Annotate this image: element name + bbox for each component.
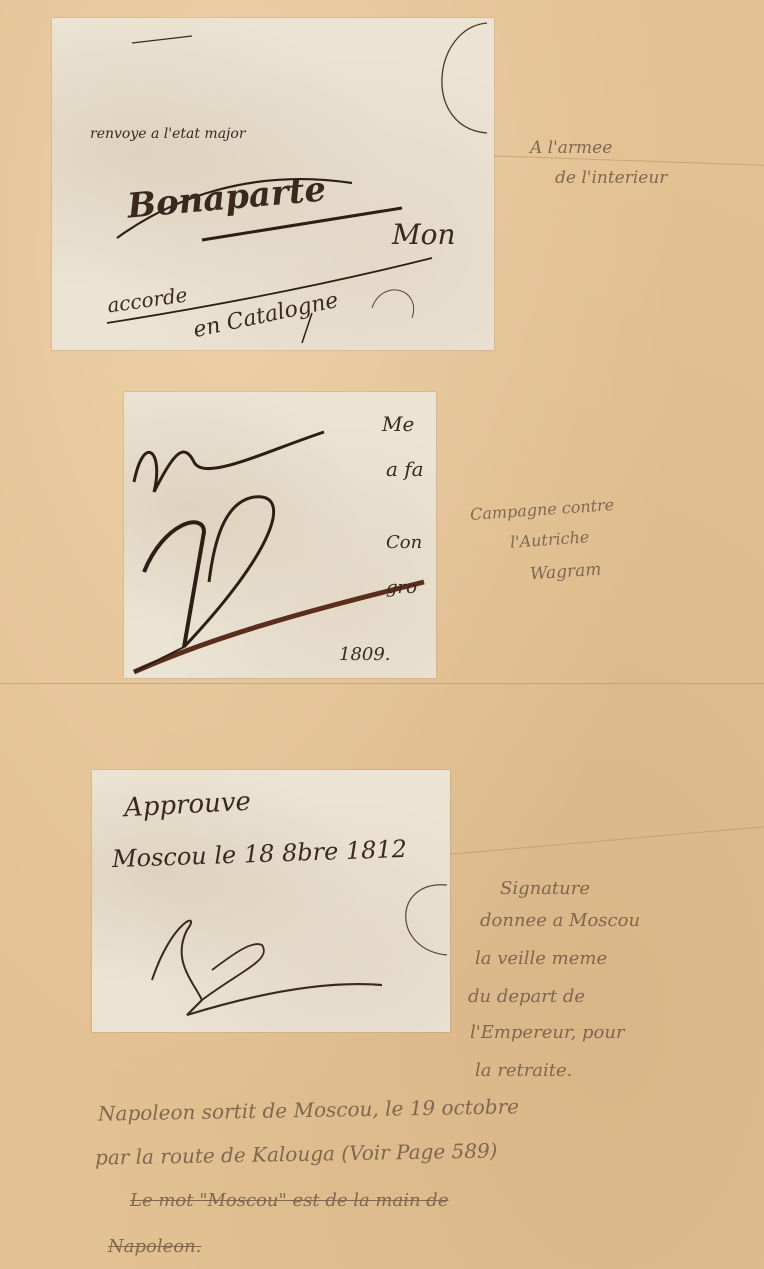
- annotation-line: A l'armee: [530, 138, 612, 158]
- footer-note-line: Napoleon sortit de Moscou, le 19 octobre: [98, 1094, 519, 1125]
- signature-fragment-3: Approuve Moscou le 18 8bre 1812 Np: [92, 770, 450, 1032]
- annotation-line: Wagram: [529, 560, 602, 585]
- fragment-margin-text: Me: [382, 412, 414, 436]
- annotation-line: la retraite.: [475, 1060, 572, 1081]
- fragment-margin-text: gro: [386, 577, 417, 598]
- annotation-line: donnee a Moscou: [480, 910, 640, 931]
- annotation-line: la veille meme: [475, 948, 607, 969]
- annotation-line: l'Empereur, pour: [470, 1022, 625, 1043]
- fragment-margin-text: Mon: [392, 218, 456, 251]
- annotation-line: de l'interieur: [555, 168, 667, 188]
- annotation-line: l'Autriche: [509, 527, 589, 551]
- crease-line: [0, 683, 764, 684]
- fragment-date: 1809.: [339, 644, 391, 665]
- footer-note-struck-line: Le mot "Moscou" est de la main de: [130, 1190, 448, 1211]
- annotation-line: Signature: [500, 878, 590, 899]
- footer-note-struck-line: Napoleon.: [108, 1236, 201, 1257]
- annotation-line: du depart de: [468, 986, 585, 1007]
- crease-line: [451, 826, 764, 854]
- annotation-line: Campagne contre: [470, 495, 615, 524]
- fragment-margin-text: a fa: [386, 457, 424, 481]
- fragment-text-line: renvoye a l'etat major: [90, 126, 246, 142]
- signature-fragment-2: Me a fa Con gro 1809.: [124, 392, 436, 678]
- signature-fragment-1: renvoye a l'etat major Bonaparte Mon acc…: [52, 18, 494, 350]
- footer-note-line: par la route de Kalouga (Voir Page 589): [95, 1138, 498, 1169]
- fragment-margin-text: Con: [386, 532, 422, 553]
